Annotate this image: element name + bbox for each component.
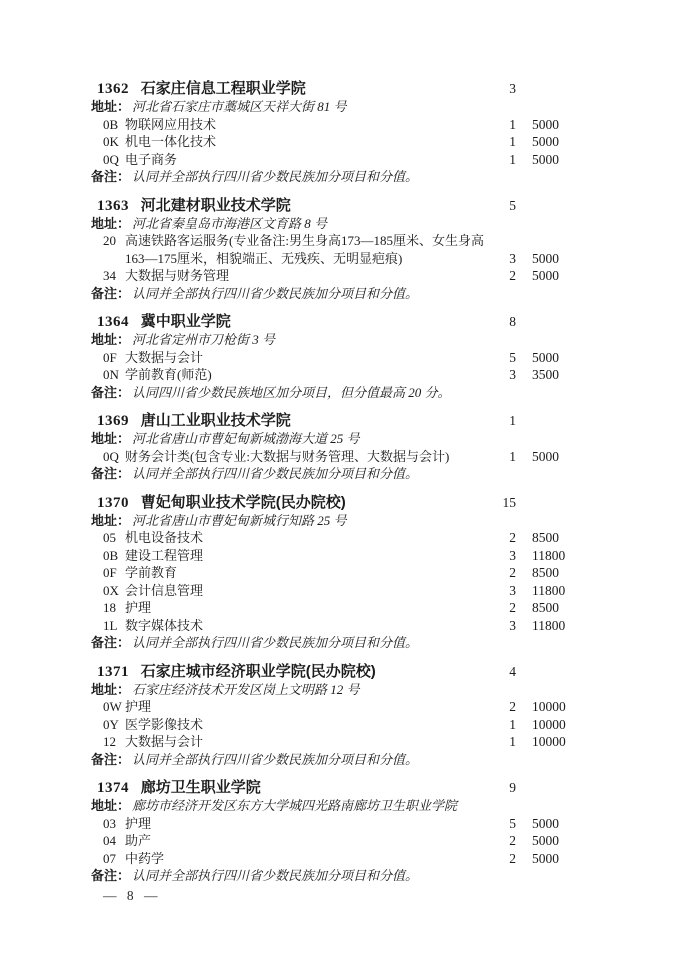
major-fee: 5000 <box>532 116 580 134</box>
major-row: 0K 机电一体化技术 1 5000 <box>91 133 580 151</box>
major-code: 07 <box>103 850 125 868</box>
major-row: 03 护理 5 5000 <box>91 815 580 833</box>
major-plan-count: 2 <box>490 267 516 285</box>
major-text: 05 机电设备技术 <box>91 529 490 547</box>
major-code: 12 <box>103 733 125 751</box>
major-name: 机电一体化技术 <box>125 133 216 151</box>
school-total-count: 15 <box>490 494 516 512</box>
address-row: 地址： 河北省唐山市曹妃甸新城渤海大道 25 号 <box>91 430 580 448</box>
major-plan-count: 3 <box>490 547 516 565</box>
major-row: 0Q 电子商务 1 5000 <box>91 151 580 169</box>
major-row: 34 大数据与财务管理 2 5000 <box>91 267 580 285</box>
major-code: 0B <box>103 116 125 134</box>
major-name: 大数据与会计 <box>125 733 203 751</box>
major-text: 0X 会计信息管理 <box>91 582 490 600</box>
school-total-count: 4 <box>490 663 516 681</box>
major-row: 0X 会计信息管理 3 11800 <box>91 582 580 600</box>
major-name: 护理 <box>125 815 151 833</box>
school-block: 1363 河北建材职业技术学院 5 地址： 河北省秦皇岛市海港区文育路 8 号 … <box>91 197 580 303</box>
note-text: 认同并全部执行四川省少数民族加分项目和分值。 <box>132 168 580 186</box>
major-name: 中药学 <box>125 850 164 868</box>
school-title: 1370 曹妃甸职业技术学院(民办院校) <box>91 494 490 512</box>
note-label: 备注： <box>91 751 130 769</box>
address-label: 地址： <box>91 430 130 448</box>
major-fee: 3500 <box>532 366 580 384</box>
major-row: 05 机电设备技术 2 8500 <box>91 529 580 547</box>
major-text: 04 助产 <box>91 832 490 850</box>
major-code: 18 <box>103 599 125 617</box>
school-header-row: 1374 廊坊卫生职业学院 9 <box>91 779 580 797</box>
note-row: 备注： 认同并全部执行四川省少数民族加分项目和分值。 <box>91 285 580 303</box>
school-total-count: 3 <box>490 80 516 98</box>
major-row: 1L 数字媒体技术 3 11800 <box>91 617 580 635</box>
major-text: 03 护理 <box>91 815 490 833</box>
major-plan-count: 1 <box>490 733 516 751</box>
school-code: 1370 <box>97 495 129 511</box>
major-fee: 5000 <box>532 250 580 268</box>
school-header-row: 1364 冀中职业学院 8 <box>91 313 580 331</box>
school-code: 1362 <box>97 81 129 97</box>
school-title: 1363 河北建材职业技术学院 <box>91 197 490 215</box>
school-block: 1370 曹妃甸职业技术学院(民办院校) 15 地址： 河北省唐山市曹妃甸新城行… <box>91 494 580 652</box>
major-plan-count: 3 <box>490 582 516 600</box>
school-name: 曹妃甸职业技术学院(民办院校) <box>141 494 346 511</box>
school-header-row: 1362 石家庄信息工程职业学院 3 <box>91 80 580 98</box>
major-fee: 5000 <box>532 448 580 466</box>
major-text: 0Q 财务会计类(包含专业:大数据与财务管理、大数据与会计) <box>91 448 490 466</box>
major-name: 护理 <box>125 599 151 617</box>
major-row: 04 助产 2 5000 <box>91 832 580 850</box>
major-name: 护理 <box>125 698 151 716</box>
major-fee: 10000 <box>532 733 580 751</box>
school-block: 1371 石家庄城市经济职业学院(民办院校) 4 地址： 石家庄经济技术开发区岗… <box>91 663 580 769</box>
major-plan-count: 5 <box>490 349 516 367</box>
school-header-row: 1371 石家庄城市经济职业学院(民办院校) 4 <box>91 663 580 681</box>
address-row: 地址： 河北省唐山市曹妃甸新城行知路 25 号 <box>91 512 580 530</box>
address-text: 河北省定州市刀枪街 3 号 <box>132 331 580 349</box>
major-name: 学前教育 <box>125 564 177 582</box>
major-name: 助产 <box>125 832 151 850</box>
school-title: 1371 石家庄城市经济职业学院(民办院校) <box>91 663 490 681</box>
address-row: 地址： 石家庄经济技术开发区岗上文明路 12 号 <box>91 681 580 699</box>
address-label: 地址： <box>91 215 130 233</box>
major-text: 0F 大数据与会计 <box>91 349 490 367</box>
major-code: 0Q <box>103 151 125 169</box>
major-text: 07 中药学 <box>91 850 490 868</box>
major-code: 0N <box>103 366 125 384</box>
address-label: 地址： <box>91 331 130 349</box>
address-text: 廊坊市经济开发区东方大学城四光路南廊坊卫生职业学院 <box>132 797 580 815</box>
major-row: 0B 建设工程管理 3 11800 <box>91 547 580 565</box>
major-text: 0K 机电一体化技术 <box>91 133 490 151</box>
major-code: 0W <box>103 698 125 716</box>
major-fee: 8500 <box>532 564 580 582</box>
note-row: 备注： 认同并全部执行四川省少数民族加分项目和分值。 <box>91 634 580 652</box>
major-text: 0F 学前教育 <box>91 564 490 582</box>
school-block: 1369 唐山工业职业技术学院 1 地址： 河北省唐山市曹妃甸新城渤海大道 25… <box>91 412 580 483</box>
school-title: 1374 廊坊卫生职业学院 <box>91 779 490 797</box>
majors: 0W 护理 2 10000 0Y 医学影像技术 1 10000 12 大数据与会… <box>91 698 580 751</box>
major-name: 高速铁路客运服务(专业备注:男生身高173—185厘米、女生身高163—175厘… <box>125 232 490 267</box>
majors: 0B 物联网应用技术 1 5000 0K 机电一体化技术 1 5000 0Q 电… <box>91 116 580 169</box>
major-text: 18 护理 <box>91 599 490 617</box>
major-fee: 11800 <box>532 582 580 600</box>
major-fee: 5000 <box>532 267 580 285</box>
major-text: 0N 学前教育(师范) <box>91 366 490 384</box>
major-text: 20 高速铁路客运服务(专业备注:男生身高173—185厘米、女生身高163—1… <box>91 232 490 267</box>
major-code: 0Y <box>103 716 125 734</box>
school-name: 河北建材职业技术学院 <box>141 197 291 214</box>
school-title: 1362 石家庄信息工程职业学院 <box>91 80 490 98</box>
note-label: 备注： <box>91 634 130 652</box>
major-row: 0N 学前教育(师范) 3 3500 <box>91 366 580 384</box>
major-plan-count: 2 <box>490 564 516 582</box>
school-title: 1369 唐山工业职业技术学院 <box>91 412 490 430</box>
note-row: 备注： 认同并全部执行四川省少数民族加分项目和分值。 <box>91 168 580 186</box>
major-fee: 8500 <box>532 599 580 617</box>
note-text: 认同并全部执行四川省少数民族加分项目和分值。 <box>132 465 580 483</box>
school-block: 1374 廊坊卫生职业学院 9 地址： 廊坊市经济开发区东方大学城四光路南廊坊卫… <box>91 779 580 885</box>
note-row: 备注： 认同并全部执行四川省少数民族加分项目和分值。 <box>91 751 580 769</box>
major-code: 20 <box>103 232 125 250</box>
major-text: 12 大数据与会计 <box>91 733 490 751</box>
school-header-row: 1370 曹妃甸职业技术学院(民办院校) 15 <box>91 494 580 512</box>
major-plan-count: 1 <box>490 448 516 466</box>
note-text: 认同并全部执行四川省少数民族加分项目和分值。 <box>132 285 580 303</box>
address-text: 河北省秦皇岛市海港区文育路 8 号 <box>132 215 580 233</box>
major-fee: 5000 <box>532 349 580 367</box>
school-code: 1363 <box>97 198 129 214</box>
major-plan-count: 2 <box>490 529 516 547</box>
major-text: 0B 建设工程管理 <box>91 547 490 565</box>
school-name: 石家庄信息工程职业学院 <box>141 80 306 97</box>
school-name: 廊坊卫生职业学院 <box>141 779 261 796</box>
major-name: 会计信息管理 <box>125 582 203 600</box>
note-text: 认同并全部执行四川省少数民族加分项目和分值。 <box>132 634 580 652</box>
major-plan-count: 1 <box>490 716 516 734</box>
note-row: 备注： 认同并全部执行四川省少数民族加分项目和分值。 <box>91 465 580 483</box>
major-code: 1L <box>103 617 125 635</box>
address-label: 地址： <box>91 681 130 699</box>
major-plan-count: 1 <box>490 133 516 151</box>
note-row: 备注： 认同并全部执行四川省少数民族加分项目和分值。 <box>91 867 580 885</box>
major-row: 18 护理 2 8500 <box>91 599 580 617</box>
major-plan-count: 1 <box>490 151 516 169</box>
majors: 03 护理 5 5000 04 助产 2 5000 07 中药学 2 5000 <box>91 815 580 868</box>
major-row: 12 大数据与会计 1 10000 <box>91 733 580 751</box>
major-name: 电子商务 <box>125 151 177 169</box>
address-text: 河北省唐山市曹妃甸新城渤海大道 25 号 <box>132 430 580 448</box>
note-label: 备注： <box>91 285 130 303</box>
major-name: 大数据与会计 <box>125 349 203 367</box>
major-name: 建设工程管理 <box>125 547 203 565</box>
major-name: 大数据与财务管理 <box>125 267 229 285</box>
school-header-row: 1363 河北建材职业技术学院 5 <box>91 197 580 215</box>
address-label: 地址： <box>91 98 130 116</box>
major-row: 20 高速铁路客运服务(专业备注:男生身高173—185厘米、女生身高163—1… <box>91 232 580 267</box>
major-text: 0W 护理 <box>91 698 490 716</box>
document-page: 1362 石家庄信息工程职业学院 3 地址： 河北省石家庄市藁城区天祥大街 81… <box>0 0 680 961</box>
majors: 0Q 财务会计类(包含专业:大数据与财务管理、大数据与会计) 1 5000 <box>91 448 580 466</box>
major-fee: 5000 <box>532 850 580 868</box>
major-code: 0Q <box>103 448 125 466</box>
major-row: 0F 学前教育 2 8500 <box>91 564 580 582</box>
major-code: 0F <box>103 564 125 582</box>
school-code: 1371 <box>97 664 129 680</box>
major-code: 34 <box>103 267 125 285</box>
major-code: 0B <box>103 547 125 565</box>
major-plan-count: 2 <box>490 698 516 716</box>
major-fee: 5000 <box>532 832 580 850</box>
major-fee: 5000 <box>532 133 580 151</box>
major-row: 0W 护理 2 10000 <box>91 698 580 716</box>
school-name: 唐山工业职业技术学院 <box>141 412 291 429</box>
school-name: 石家庄城市经济职业学院(民办院校) <box>141 663 376 680</box>
major-name: 数字媒体技术 <box>125 617 203 635</box>
school-total-count: 8 <box>490 313 516 331</box>
school-code: 1364 <box>97 314 129 330</box>
major-text: 0B 物联网应用技术 <box>91 116 490 134</box>
major-code: 0K <box>103 133 125 151</box>
address-row: 地址： 河北省石家庄市藁城区天祥大街 81 号 <box>91 98 580 116</box>
school-total-count: 5 <box>490 197 516 215</box>
note-text: 认同并全部执行四川省少数民族加分项目和分值。 <box>132 867 580 885</box>
major-fee: 5000 <box>532 151 580 169</box>
note-text: 认同并全部执行四川省少数民族加分项目和分值。 <box>132 751 580 769</box>
school-list: 1362 石家庄信息工程职业学院 3 地址： 河北省石家庄市藁城区天祥大街 81… <box>91 80 580 896</box>
address-row: 地址： 河北省秦皇岛市海港区文育路 8 号 <box>91 215 580 233</box>
major-fee: 11800 <box>532 547 580 565</box>
majors: 05 机电设备技术 2 8500 0B 建设工程管理 3 11800 0F 学前… <box>91 529 580 634</box>
major-text: 1L 数字媒体技术 <box>91 617 490 635</box>
majors: 20 高速铁路客运服务(专业备注:男生身高173—185厘米、女生身高163—1… <box>91 232 580 285</box>
major-row: 07 中药学 2 5000 <box>91 850 580 868</box>
address-text: 河北省唐山市曹妃甸新城行知路 25 号 <box>132 512 580 530</box>
note-label: 备注： <box>91 384 130 402</box>
school-total-count: 9 <box>490 779 516 797</box>
major-plan-count: 2 <box>490 850 516 868</box>
address-label: 地址： <box>91 512 130 530</box>
address-text: 石家庄经济技术开发区岗上文明路 12 号 <box>132 681 580 699</box>
school-title: 1364 冀中职业学院 <box>91 313 490 331</box>
major-code: 0F <box>103 349 125 367</box>
major-fee: 10000 <box>532 698 580 716</box>
note-text: 认同四川省少数民族地区加分项目，但分值最高 20 分。 <box>132 384 580 402</box>
school-code: 1369 <box>97 413 129 429</box>
school-code: 1374 <box>97 780 129 796</box>
major-code: 04 <box>103 832 125 850</box>
major-fee: 5000 <box>532 815 580 833</box>
school-total-count: 1 <box>490 412 516 430</box>
major-fee: 10000 <box>532 716 580 734</box>
major-code: 03 <box>103 815 125 833</box>
major-plan-count: 1 <box>490 116 516 134</box>
major-row: 0B 物联网应用技术 1 5000 <box>91 116 580 134</box>
school-name: 冀中职业学院 <box>141 313 231 330</box>
note-label: 备注： <box>91 168 130 186</box>
major-plan-count: 3 <box>490 250 516 268</box>
major-name: 财务会计类(包含专业:大数据与财务管理、大数据与会计) <box>125 448 449 466</box>
school-block: 1364 冀中职业学院 8 地址： 河北省定州市刀枪街 3 号 0F 大数据与会… <box>91 313 580 401</box>
address-label: 地址： <box>91 797 130 815</box>
major-text: 0Q 电子商务 <box>91 151 490 169</box>
major-name: 学前教育(师范) <box>125 366 212 384</box>
major-fee: 11800 <box>532 617 580 635</box>
note-label: 备注： <box>91 867 130 885</box>
note-label: 备注： <box>91 465 130 483</box>
address-row: 地址： 河北省定州市刀枪街 3 号 <box>91 331 580 349</box>
major-row: 0Q 财务会计类(包含专业:大数据与财务管理、大数据与会计) 1 5000 <box>91 448 580 466</box>
major-row: 0F 大数据与会计 5 5000 <box>91 349 580 367</box>
school-block: 1362 石家庄信息工程职业学院 3 地址： 河北省石家庄市藁城区天祥大街 81… <box>91 80 580 186</box>
address-row: 地址： 廊坊市经济开发区东方大学城四光路南廊坊卫生职业学院 <box>91 797 580 815</box>
majors: 0F 大数据与会计 5 5000 0N 学前教育(师范) 3 3500 <box>91 349 580 384</box>
major-plan-count: 5 <box>490 815 516 833</box>
major-name: 医学影像技术 <box>125 716 203 734</box>
major-text: 34 大数据与财务管理 <box>91 267 490 285</box>
major-row: 0Y 医学影像技术 1 10000 <box>91 716 580 734</box>
major-fee: 8500 <box>532 529 580 547</box>
major-code: 05 <box>103 529 125 547</box>
major-plan-count: 3 <box>490 617 516 635</box>
major-name: 机电设备技术 <box>125 529 203 547</box>
major-plan-count: 2 <box>490 832 516 850</box>
address-text: 河北省石家庄市藁城区天祥大街 81 号 <box>132 98 580 116</box>
major-plan-count: 2 <box>490 599 516 617</box>
page-number: — 8 — <box>103 888 158 904</box>
school-header-row: 1369 唐山工业职业技术学院 1 <box>91 412 580 430</box>
note-row: 备注： 认同四川省少数民族地区加分项目，但分值最高 20 分。 <box>91 384 580 402</box>
major-code: 0X <box>103 582 125 600</box>
major-text: 0Y 医学影像技术 <box>91 716 490 734</box>
major-name: 物联网应用技术 <box>125 116 216 134</box>
major-plan-count: 3 <box>490 366 516 384</box>
